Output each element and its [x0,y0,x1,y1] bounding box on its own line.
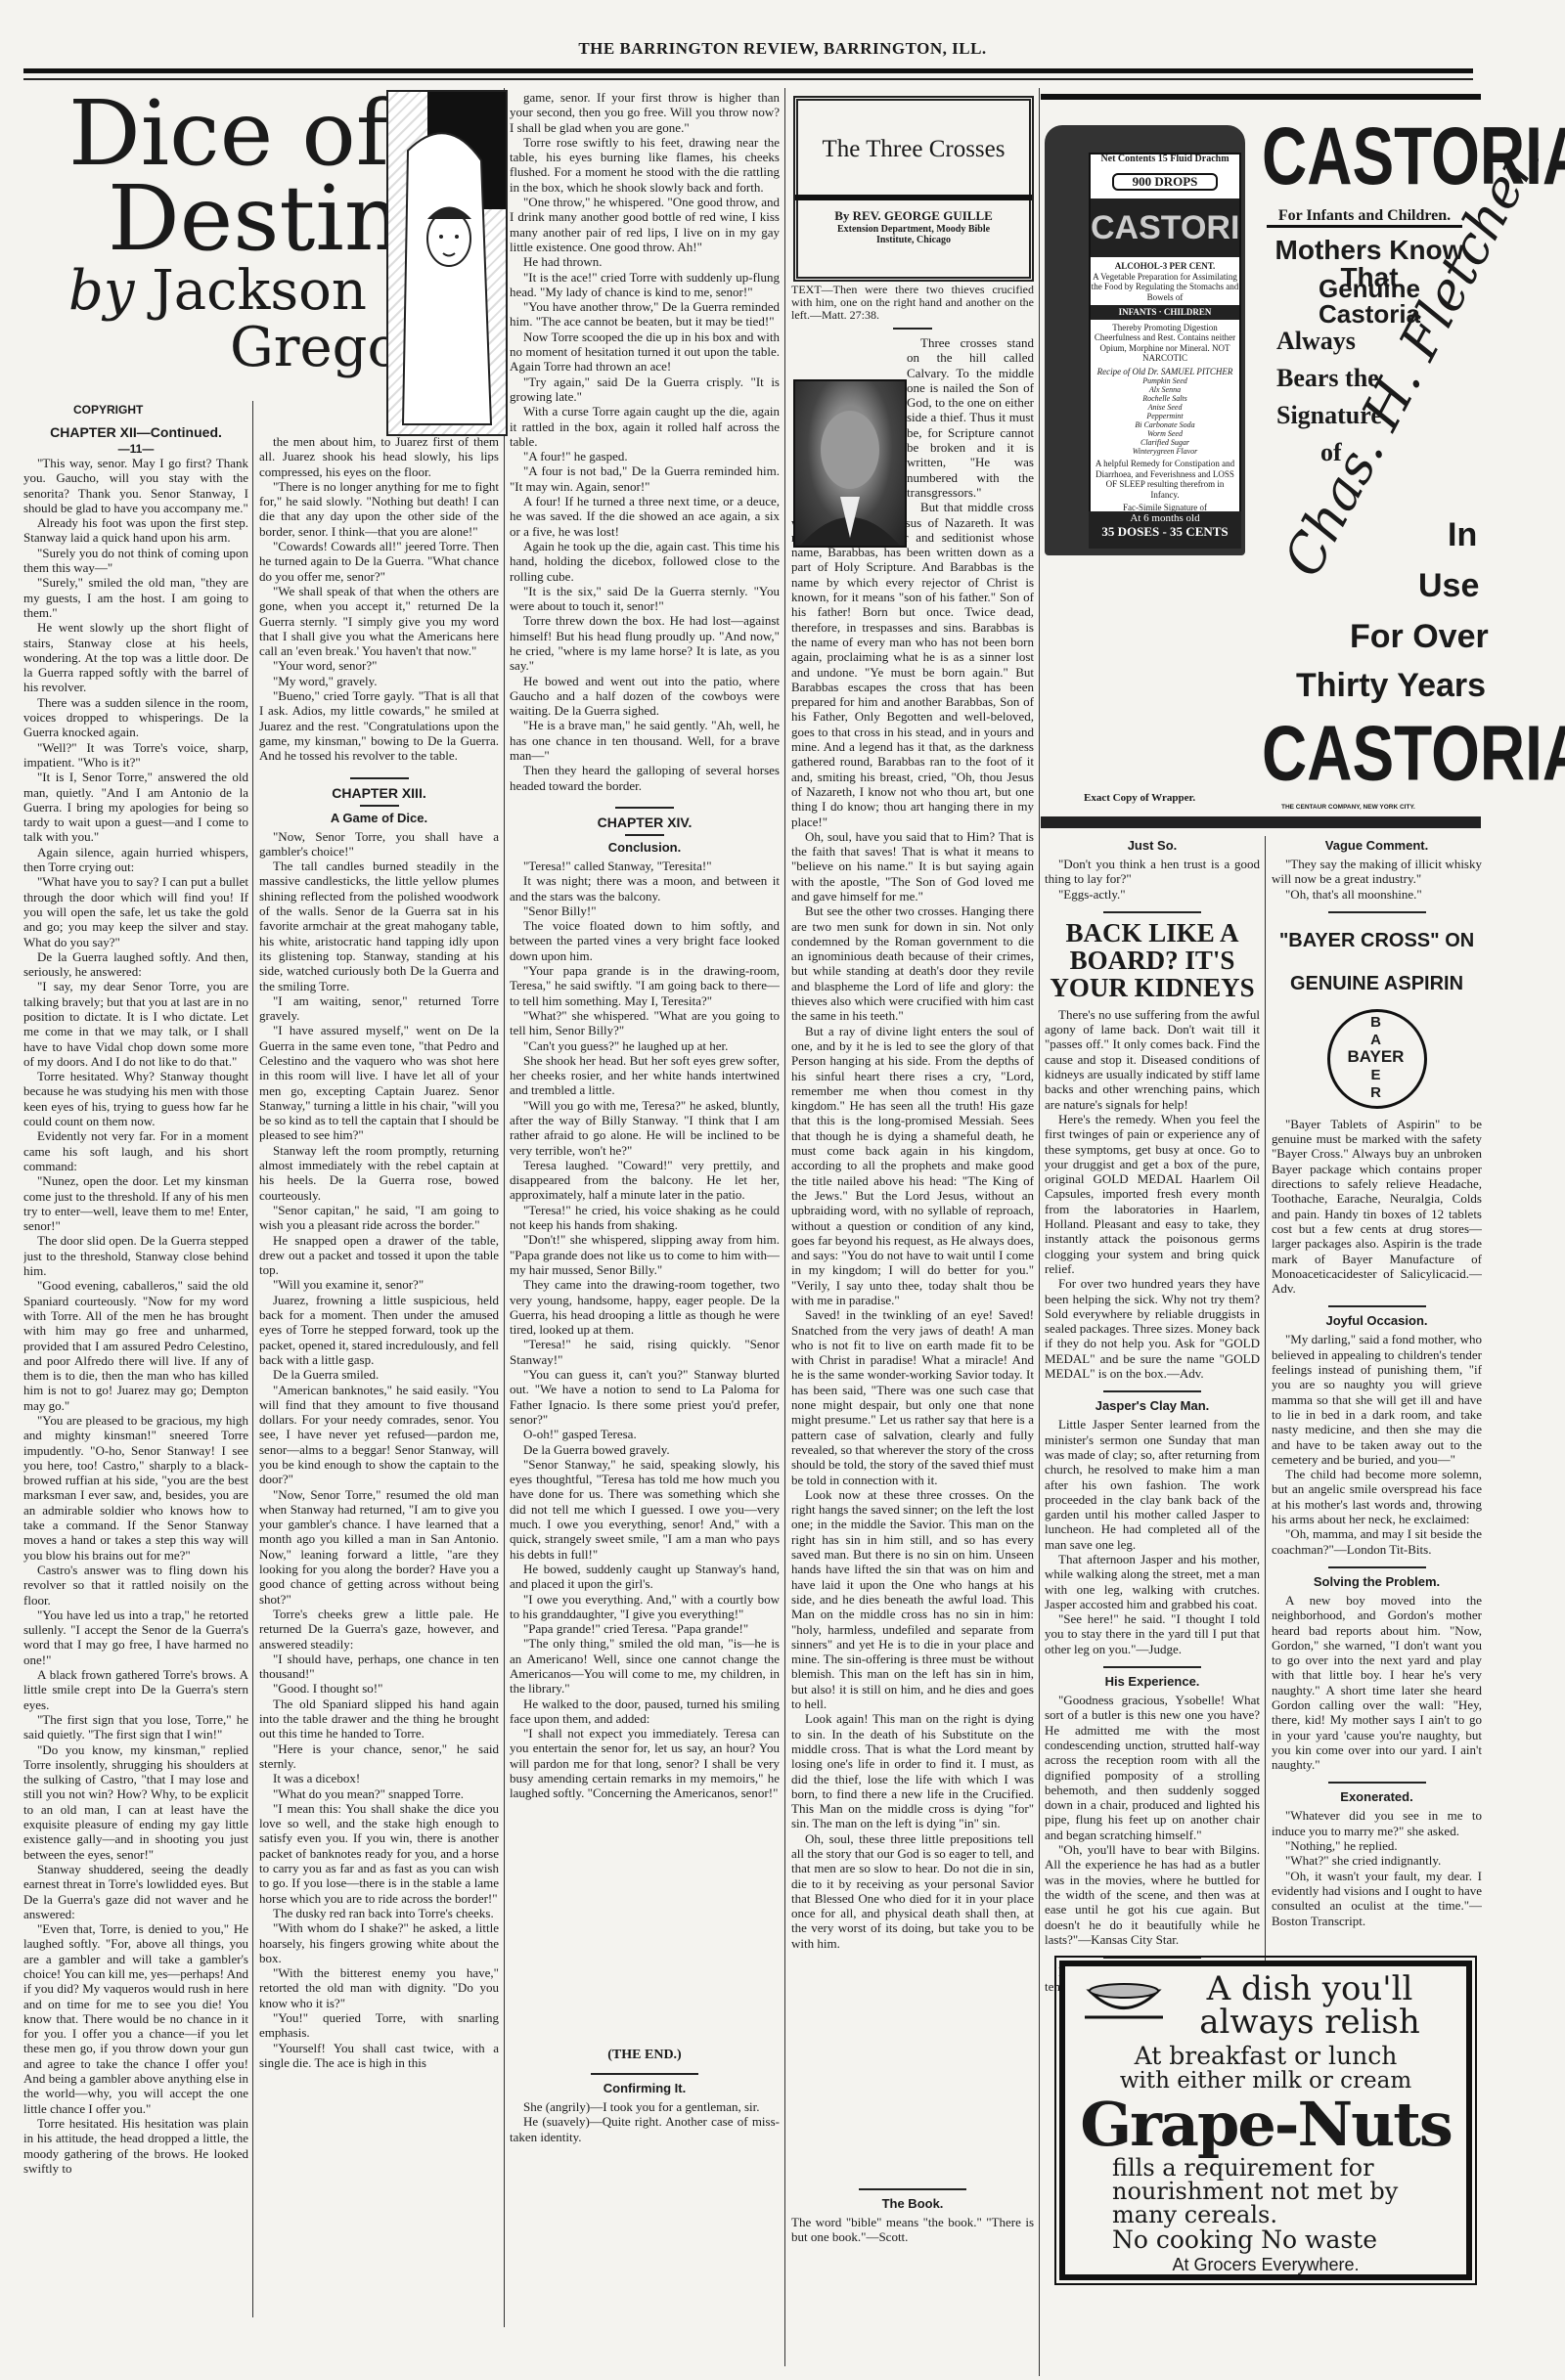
paragraph: A black frown gathered Torre's brows. A … [23,1667,248,1712]
serial-text: "Now, Senor Torre, you shall have a gamb… [259,829,499,2188]
paragraph: "Goodness gracious, Ysobelle! What sort … [1045,1693,1260,1842]
paragraph: "My word," gravely. [259,674,499,688]
age-text: At 6 months old [1089,511,1241,525]
chapter-12-part: —11— [23,442,248,456]
exonerated-title: Exonerated. [1272,1789,1482,1804]
portrait-man-icon [795,381,905,546]
ingredients-list: Pumpkin SeedAlx SennaRochelle SaltsAnise… [1091,376,1239,456]
paragraph: Saved! in the twinkling of an eye! Saved… [791,1307,1034,1487]
castoria-rule [1041,94,1481,100]
divider [1103,911,1201,913]
grapenuts-ad: A dish you'll always relish At breakfast… [1059,1961,1472,2280]
paragraph: "Oh, that's all moonshine." [1272,887,1482,902]
serial-text: "Teresa!" called Stanway, "Teresita!"It … [510,859,780,2042]
chapter-13-heading: CHAPTER XIII. [259,785,499,801]
paragraph: "With whom do I shake?" he asked, a litt… [259,1920,499,1965]
paragraph: "The first sign that you lose, Torre," h… [23,1712,248,1742]
paragraph: "I have assured myself," went on De la G… [259,1023,499,1142]
paragraph: "Oh, it wasn't your fault, my dear. I ev… [1272,1869,1482,1928]
line: GENUINE ASPIRIN [1272,962,1482,1005]
jasper-text: Little Jasper Senter learned from the mi… [1045,1417,1260,1656]
paragraph: "Here is your chance, senor," he said st… [259,1741,499,1772]
bayer-ad-text: "Bayer Tablets of Aspirin" to be genuine… [1272,1117,1482,1297]
doses-text: 35 DOSES - 35 CENTS [1089,525,1241,539]
column-divider [784,88,785,2366]
paragraph: "What have you to say? I can put a bulle… [23,874,248,948]
line: BACK LIKE A [1045,919,1260,947]
line: Worm Seed [1091,429,1239,438]
paragraph: "What?" she whispered. "What are you goi… [510,1008,780,1038]
paragraph: "Oh, you'll have to bear with Bilgins. A… [1045,1842,1260,1947]
paragraph: It was night; there was a moon, and betw… [510,873,780,904]
paragraph: The dusky red ran back into Torre's chee… [259,1906,499,1920]
serial-title-line1: Dice of [68,93,391,175]
remedy-text: A helpful Remedy for Constipation and Di… [1091,459,1239,500]
paragraph: "I am waiting, senor," returned Torre gr… [259,993,499,1024]
divider [1328,1782,1426,1784]
paragraph: He bowed and went out into the patio, wh… [510,674,780,719]
paragraph: For over two hundred years they have bee… [1045,1276,1260,1381]
doses-band: At 6 months old 35 DOSES - 35 CENTS [1089,511,1241,549]
bayer-logo-horizontal: BAYER [1334,1047,1418,1067]
kidney-headline: BACK LIKE ABOARD? IT'SYOUR KIDNEYS [1045,919,1260,1001]
paragraph: "Senor Stanway," he said, speaking slowl… [510,1457,780,1562]
chapter-14-title: Conclusion. [510,840,780,855]
line: Anise Seed [1091,403,1239,412]
paragraph: Stanway shuddered, seeing the deadly ear… [23,1862,248,1921]
bayer-paragraph: "Bayer Tablets of Aspirin" to be genuine… [1272,1117,1482,1297]
castoria-in: In [1448,518,1477,551]
line: Bi Carbonate Soda [1091,420,1239,429]
grapenuts-line6: nourishment not met by [1112,2180,1466,2203]
paragraph: Torre hesitated. His hesitation was plai… [23,2116,248,2176]
paragraph: "See here!" he said. "I thought I told y… [1045,1611,1260,1656]
sermon-body: Three crosses stand on the hill called C… [791,335,1034,2179]
paragraph: De la Guerra laughed softly. And then, s… [23,949,248,980]
castoria-bottle: Net Contents 15 Fluid Drachm 900 DROPS C… [1045,125,1245,555]
paragraph: "Nothing," he replied. [1272,1838,1482,1853]
paragraph: "Surely you do not think of coming upon … [23,546,248,576]
paragraph: the men about him, to Juarez first of th… [259,434,499,479]
paragraph: He (suavely)—Quite right. Another case o… [510,2114,780,2144]
grapenuts-line1: A dish you'll [1153,1972,1466,2005]
paragraph: There was a sudden silence in the room, … [23,695,248,740]
misc-column-5: Just So. "Don't you think a hen trust is… [1045,836,1260,1995]
paragraph: The old Spaniard slipped his hand again … [259,1697,499,1741]
paragraph: "I mean this: You shall shake the dice y… [259,1801,499,1906]
just-so-text: "Don't you think a hen trust is a good t… [1045,857,1260,902]
just-so-title: Just So. [1045,838,1260,853]
paragraph: "You can guess it, can't you?" Stanway b… [510,1367,780,1427]
paragraph: "One throw," he whispered. "One good thr… [510,195,780,254]
paragraph: "Teresa!" he said, rising quickly. "Seno… [510,1337,780,1367]
copyright-label: COPYRIGHT [73,403,143,417]
castoria-always: Always [1276,323,1382,360]
paragraph: "Nunez, open the door. Let my kinsman co… [23,1173,248,1233]
paragraph: Torre's cheeks grew a little pale. He re… [259,1607,499,1652]
exonerated-text: "Whatever did you see in me to induce yo… [1272,1808,1482,1927]
paragraph: "Can't you guess?" he laughed up at her. [510,1038,780,1053]
solving-text: A new boy moved into the neighborhood, a… [1272,1593,1482,1773]
castoria-thirty-years: Thirty Years [1296,669,1486,702]
paragraph: "It is I, Senor Torre," answered the old… [23,770,248,844]
sermon-byline: By REV. GEORGE GUILLE [798,208,1029,224]
line: Clarified Sugar [1091,438,1239,447]
paragraph: "Your papa grande is in the drawing-room… [510,963,780,1008]
serial-title-block: Dice of Destiny by Jackson Gregory [68,93,391,406]
paragraph: Again he took up the die, again cast. Th… [510,539,780,584]
paragraph: Little Jasper Senter learned from the mi… [1045,1417,1260,1552]
paragraph: But see the other two crosses. Hanging t… [791,904,1034,1023]
paragraph: "What do you mean?" snapped Torre. [259,1786,499,1801]
paragraph: "Teresa!" he cried, his voice shaking as… [510,1203,780,1233]
paragraph: Then they heard the galloping of several… [510,763,780,793]
paragraph: "I shall not expect you immediately. Ter… [510,1726,780,1800]
paragraph: "You have another throw," De la Guerra r… [510,299,780,330]
column-divider [1039,88,1040,2376]
the-book-text: The word "bible" means "the book." "Ther… [791,2215,1034,2245]
paragraph: They came into the drawing-room together… [510,1277,780,1337]
paragraph: Look again! This man on the right is dyi… [791,1711,1034,1830]
paragraph: "This way, senor. May I go first? Thank … [23,456,248,515]
recipe-title: Recipe of Old Dr. SAMUEL PITCHER [1091,367,1239,377]
paragraph: There's no use suffering from the awful … [1045,1007,1260,1112]
paragraph: "A four is not bad," De la Guerra remind… [510,463,780,494]
sermon-affiliation: Institute, Chicago [798,235,1029,245]
paragraph: "Your word, senor?" [259,658,499,673]
serial-author-first: Jackson [152,259,367,323]
serial-text: game, senor. If your first throw is high… [510,90,780,793]
paragraph: "You have led us into a trap," he retort… [23,1608,248,1667]
paragraph: "Senor capitan," he said, "I am going to… [259,1203,499,1233]
masthead: THE BARRINGTON REVIEW, BARRINGTON, ILL. [0,39,1565,59]
line: Pumpkin Seed [1091,376,1239,385]
paragraph: Now Torre scooped the die up in his box … [510,330,780,375]
paragraph: Oh, soul, these three little preposition… [791,1831,1034,1951]
paragraph: "It is the six," said De la Guerra stern… [510,584,780,614]
author-portrait [793,379,907,548]
cereal-bowl-icon [1085,1976,1163,2020]
paragraph: O-oh!" gasped Teresa. [510,1427,780,1441]
divider [1328,1305,1426,1307]
paragraph: Already his foot was upon the first step… [23,515,248,546]
line: BOARD? IT'S [1045,947,1260,974]
divider [1328,1566,1426,1568]
alcohol-content: ALCOHOL-3 PER CENT. [1091,261,1239,272]
grapenuts-line2: always relish [1153,2005,1466,2039]
line: E [1367,1067,1385,1084]
serial-column-1: CHAPTER XII—Continued. —11— "This way, s… [23,419,248,2294]
confirming-it-title: Confirming It. [510,2081,780,2095]
paragraph: "It is the ace!" cried Torre with sudden… [510,270,780,300]
paragraph: "Eggs-actly." [1045,887,1260,902]
serial-illustration [386,90,508,436]
paragraph: Torre rose swiftly to his feet, drawing … [510,135,780,195]
paragraph: He snapped open a drawer of the table, d… [259,1233,499,1278]
paragraph: "Oh, mamma, and may I sit beside the coa… [1272,1526,1482,1557]
column-divider [1265,836,1266,1961]
sermon-header-box: The Three Crosses By REV. GEORGE GUILLE … [793,96,1034,282]
paragraph: "Even that, Torre, is denied to you," He… [23,1921,248,2116]
chapter-12-heading: CHAPTER XII—Continued. [23,424,248,440]
sermon-title: The Three Crosses [798,136,1029,163]
paragraph: "Don't!" she whispered, slipping away fr… [510,1232,780,1277]
paragraph: "What?" she cried indignantly. [1272,1853,1482,1868]
line: R [1367,1084,1385,1102]
joyful-title: Joyful Occasion. [1272,1313,1482,1328]
paragraph: "Yourself! You shall cast twice, with a … [259,2041,499,2071]
experience-text: "Goodness gracious, Ysobelle! What sort … [1045,1693,1260,1947]
paragraph: "Whatever did you see in me to induce yo… [1272,1808,1482,1838]
divider [625,834,664,836]
paragraph: "He is a brave man," he said gently. "Ah… [510,718,780,763]
the-book-title: The Book. [791,2196,1034,2211]
paragraph: De la Guerra bowed gravely. [510,1442,780,1457]
paragraph: "Bueno," cried Torre gayly. "That is all… [259,688,499,763]
paragraph: "There is no longer anything for me to f… [259,479,499,539]
paragraph: "Will you go with me, Teresa?" he asked,… [510,1098,780,1158]
paragraph: De la Guerra smiled. [259,1367,499,1382]
castoria-for-over: For Over [1350,620,1489,653]
castoria-use: Use [1418,569,1479,602]
divider [360,805,399,807]
paragraph: "Cowards! Cowards all!" jeered Torre. Th… [259,539,499,584]
paragraph: "Well?" It was Torre's voice, sharp, imp… [23,740,248,771]
serial-title-line2: Destiny [108,175,391,263]
paragraph: Teresa laughed. "Coward!" very prettily,… [510,1158,780,1203]
divider [893,328,932,330]
paragraph: "I should have, perhaps, one chance in t… [259,1652,499,1682]
grapenuts-line7: many cereals. [1112,2203,1466,2226]
paragraph: "Good. I thought so!" [259,1681,499,1696]
serial-column-2: the men about him, to Juarez first of th… [259,434,499,2188]
paragraph: "Try again," said De la Guerra crisply. … [510,375,780,405]
line: YOUR KIDNEYS [1045,974,1260,1001]
paragraph: With a curse Torre again caught up the d… [510,404,780,449]
paragraph: game, senor. If your first throw is high… [510,90,780,135]
line: Winterygreen Flavor [1091,447,1239,456]
kidney-ad-text: There's no use suffering from the awful … [1045,1007,1260,1381]
paragraph: The door slid open. De la Guerra stepped… [23,1233,248,1278]
divider [1103,1390,1201,1392]
paragraph: Oh, soul, have you said that to Him? Tha… [791,829,1034,904]
paragraph: A new boy moved into the neighborhood, a… [1272,1593,1482,1773]
grapenuts-line3: At breakfast or lunch [1065,2043,1466,2069]
paragraph: "Do you know, my kinsman," replied Torre… [23,1742,248,1862]
paragraph: He had thrown. [510,254,780,269]
paragraph: She (angrily)—I took you for a gentleman… [510,2099,780,2114]
paragraph: Stanway left the room promptly, returnin… [259,1143,499,1203]
serial-byline-prefix: by [68,259,134,323]
castoria-subheadline: For Infants and Children. [1267,207,1462,228]
paragraph: Here's the remedy. When you feel the fir… [1045,1112,1260,1276]
paragraph: Evidently not very far. For in a moment … [23,1128,248,1173]
paragraph: Again silence, again hurried whispers, t… [23,845,248,875]
promoting-text: Thereby Promoting Digestion Cheerfulness… [1091,323,1239,364]
serial-text: "This way, senor. May I go first? Thank … [23,456,248,2294]
paragraph: It was a dicebox! [259,1771,499,1785]
paragraph: "With the bitterest enemy you have," ret… [259,1965,499,2010]
chapter-14-heading: CHAPTER XIV. [510,815,780,830]
serial-column-3: game, senor. If your first throw is high… [510,90,780,2144]
paragraph: The voice floated down to him softly, an… [510,918,780,963]
paragraph: "Teresa!" called Stanway, "Teresita!" [510,859,780,873]
paragraph: Torre hesitated. Why? Stanway thought be… [23,1069,248,1128]
paragraph: "Now, Senor Torre," resumed the old man … [259,1487,499,1607]
grapenuts-line8: No cooking No waste [1112,2226,1466,2253]
castoria-headline: CASTORIA [1262,115,1487,197]
divider [1103,1957,1201,1959]
drops-badge: 900 DROPS [1112,173,1218,192]
line: Rochelle Salts [1091,394,1239,403]
paragraph: Torre threw down the box. He had lost—ag… [510,613,780,673]
divider [859,2188,966,2190]
paragraph: "Senor Billy!" [510,904,780,918]
preparation-text: A Vegetable Preparation for Assimilating… [1091,272,1239,303]
paragraph: "You!" queried Torre, with snarling emph… [259,2010,499,2041]
vague-comment-text: "They say the making of illicit whisky w… [1272,857,1482,902]
paragraph: "A four!" he gasped. [510,449,780,463]
the-end-label: (THE END.) [510,2048,780,2063]
sermon-column: TEXT—Then were there two thieves crucifi… [791,284,1034,2245]
divider [795,195,1032,200]
experience-title: His Experience. [1045,1674,1260,1689]
confirming-it-text: She (angrily)—I took you for a gentleman… [510,2099,780,2144]
wrapper-caption: Exact Copy of Wrapper. [1084,792,1195,804]
castoria-label: Net Contents 15 Fluid Drachm 900 DROPS C… [1089,153,1241,533]
paragraph: "Good evening, caballeros," said the old… [23,1278,248,1413]
paragraph: She shook her head. But her soft eyes gr… [510,1053,780,1098]
divider [1103,1666,1201,1668]
line: Peppermint [1091,412,1239,420]
paragraph: "Papa grande!" cried Teresa. "Papa grand… [510,1621,780,1636]
paragraph: The tall candles burned steadily in the … [259,859,499,993]
divider [615,807,674,809]
line: B [1367,1014,1385,1032]
grapenuts-brand: Grape-Nuts [1065,2094,1466,2156]
divider [350,777,409,779]
paragraph: Juarez, frowning a little suspicious, he… [259,1293,499,1367]
paragraph: He went slowly up the short flight of st… [23,620,248,694]
bayer-headline: "BAYER CROSS" ONGENUINE ASPIRIN [1272,919,1482,1005]
column-divider [252,401,253,2317]
line: "BAYER CROSS" ON [1272,919,1482,962]
serial-author-last: Gregory [230,320,391,376]
castoria-bottom-rule [1041,816,1481,828]
jasper-title: Jasper's Clay Man. [1045,1398,1260,1413]
vague-comment-title: Vague Comment. [1272,838,1482,853]
paragraph: He bowed, suddenly caught up Stanway's h… [510,1562,780,1592]
castoria-footer-company: THE CENTAUR COMPANY, NEW YORK CITY. [1281,804,1415,811]
bottle-brand: CASTORIA [1091,198,1239,257]
sermon-affiliation: Extension Department, Moody Bible [798,224,1029,235]
paragraph: "The only thing," smiled the old man, "i… [510,1636,780,1696]
paragraph: That afternoon Jasper and his mother, wh… [1045,1552,1260,1611]
paragraph: Look now at these three crosses. On the … [791,1487,1034,1711]
castoria-footer-brand: CASTORIA [1262,714,1487,792]
chapter-13-title: A Game of Dice. [259,811,499,825]
line: Alx Senna [1091,385,1239,394]
paragraph: Castro's answer was to fling down his re… [23,1563,248,1608]
paragraph: "Surely," smiled the old man, "they are … [23,575,248,620]
bayer-cross-logo: BAYER BAYER [1327,1009,1427,1109]
paragraph: "We shall speak of that when the others … [259,584,499,658]
paragraph: But a ray of divine light enters the sou… [791,1024,1034,1308]
divider [1328,911,1426,913]
paragraph: The child had become more solemn, but an… [1272,1467,1482,1526]
paragraph: He walked to the door, paused, turned hi… [510,1697,780,1727]
paragraph: "I say, my dear Senor Torre, you are tal… [23,979,248,1069]
paragraph: A four! If he turned a three next time, … [510,494,780,539]
infants-band: INFANTS · CHILDREN [1091,305,1239,320]
paragraph: "Will you examine it, senor?" [259,1277,499,1292]
paragraph: "You are pleased to be gracious, my high… [23,1413,248,1563]
solving-title: Solving the Problem. [1272,1574,1482,1589]
serial-text: the men about him, to Juarez first of th… [259,434,499,764]
joyful-text: "My darling," said a fond mother, who be… [1272,1332,1482,1556]
masthead-rule [23,68,1473,73]
paragraph: "Don't you think a hen trust is a good t… [1045,857,1260,887]
paragraph: "My darling," said a fond mother, who be… [1272,1332,1482,1467]
masthead-rule-thin [23,78,1473,80]
sermon-text-citation: TEXT—Then were there two thieves crucifi… [791,284,1034,322]
grapenuts-line9: At Grocers Everywhere. [1065,2253,1466,2276]
paragraph: "They say the making of illicit whisky w… [1272,857,1482,887]
paragraph: "I owe you everything. And," with a cour… [510,1592,780,1622]
paragraph: "American banknotes," he said easily. "Y… [259,1383,499,1487]
net-contents: Net Contents 15 Fluid Drachm [1091,154,1239,165]
paragraph: "Now, Senor Torre, you shall have a gamb… [259,829,499,859]
divider [591,2073,698,2075]
misc-column-6: Vague Comment. "They say the making of i… [1272,836,1482,1928]
woman-portrait-icon [388,92,506,434]
